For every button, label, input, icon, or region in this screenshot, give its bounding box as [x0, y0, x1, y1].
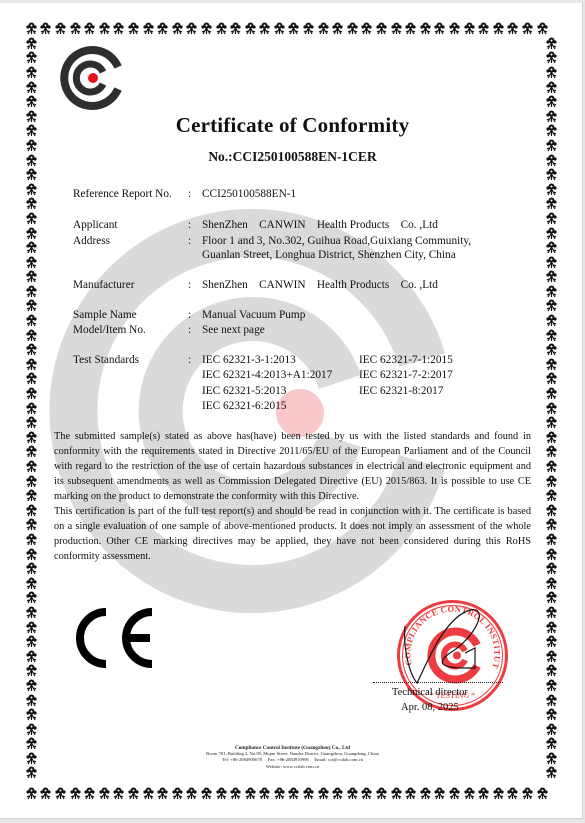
- ornament-icon: [68, 786, 83, 801]
- colon: :: [188, 187, 191, 202]
- ornament-icon: [544, 255, 559, 270]
- ornament-icon: [39, 786, 54, 801]
- ornament-icon: [155, 21, 170, 36]
- ornament-icon: [544, 620, 559, 635]
- ornament-icon: [491, 21, 506, 36]
- ornament-icon: [544, 459, 559, 474]
- ornament-icon: [24, 518, 39, 533]
- colon: :: [188, 353, 191, 368]
- ornamental-border-right: [544, 36, 559, 780]
- ornament-icon: [24, 342, 39, 357]
- conformity-statement: The submitted sample(s) stated as above …: [54, 429, 531, 504]
- reference-report-value: CCI250100588EN-1: [202, 187, 296, 202]
- ornament-icon: [330, 786, 345, 801]
- ornament-icon: [24, 357, 39, 372]
- ornament-icon: [374, 786, 389, 801]
- applicant-value: ShenZhen CANWIN Health Products Co. ,Ltd: [202, 218, 438, 233]
- ornament-icon: [24, 51, 39, 66]
- ornament-icon: [544, 240, 559, 255]
- ornament-icon: [544, 664, 559, 679]
- ornament-icon: [82, 786, 97, 801]
- ornament-icon: [535, 786, 550, 801]
- standard-item: IEC 62321-8:2017: [359, 384, 443, 399]
- ornament-icon: [389, 786, 404, 801]
- ornament-icon: [476, 21, 491, 36]
- ornament-icon: [141, 21, 156, 36]
- footer-website: Website: www.ccilab.com.cn: [0, 764, 585, 770]
- ornament-icon: [506, 786, 521, 801]
- ornament-icon: [24, 459, 39, 474]
- ornament-icon: [24, 430, 39, 445]
- ce-mark-icon: [70, 606, 160, 670]
- ornament-icon: [544, 182, 559, 197]
- ornament-icon: [39, 21, 54, 36]
- ornament-icon: [24, 182, 39, 197]
- ornament-icon: [544, 532, 559, 547]
- ornament-icon: [141, 786, 156, 801]
- ornament-icon: [126, 786, 141, 801]
- ornament-icon: [24, 591, 39, 606]
- ornament-icon: [24, 299, 39, 314]
- ornament-icon: [544, 167, 559, 182]
- ornament-icon: [272, 21, 287, 36]
- model-label: Model/Item No.: [73, 323, 146, 338]
- ornament-icon: [476, 786, 491, 801]
- ornament-icon: [228, 786, 243, 801]
- ornament-icon: [544, 518, 559, 533]
- ornament-icon: [126, 21, 141, 36]
- ornament-icon: [24, 722, 39, 737]
- ornament-icon: [170, 786, 185, 801]
- model-value: See next page: [202, 323, 265, 338]
- ornament-icon: [418, 786, 433, 801]
- ornament-icon: [403, 786, 418, 801]
- ornament-icon: [24, 488, 39, 503]
- ornament-icon: [544, 226, 559, 241]
- ornament-icon: [24, 80, 39, 95]
- ornament-icon: [24, 284, 39, 299]
- ornament-icon: [544, 707, 559, 722]
- ornament-icon: [24, 503, 39, 518]
- ornament-icon: [544, 430, 559, 445]
- ornament-icon: [360, 786, 375, 801]
- ornament-icon: [544, 299, 559, 314]
- standard-item: IEC 62321-4:2013+A1:2017: [202, 368, 332, 383]
- ornament-icon: [24, 255, 39, 270]
- ornament-icon: [447, 21, 462, 36]
- ornament-icon: [544, 722, 559, 737]
- ornament-icon: [544, 270, 559, 285]
- ornament-icon: [24, 664, 39, 679]
- ornament-icon: [403, 21, 418, 36]
- certificate-title: Certificate of Conformity: [0, 113, 585, 138]
- standard-item: IEC 62321-3-1:2013: [202, 353, 296, 368]
- signature-line: [373, 682, 503, 683]
- ornament-icon: [287, 786, 302, 801]
- colon: :: [188, 278, 191, 293]
- reference-report-label: Reference Report No.: [73, 187, 172, 202]
- ornament-icon: [24, 576, 39, 591]
- ornament-icon: [389, 21, 404, 36]
- ornament-icon: [24, 36, 39, 51]
- ornament-icon: [24, 693, 39, 708]
- ornament-icon: [345, 21, 360, 36]
- ornament-icon: [24, 167, 39, 182]
- ornament-icon: [520, 786, 535, 801]
- ornament-icon: [544, 488, 559, 503]
- ornament-icon: [185, 786, 200, 801]
- ornament-icon: [330, 21, 345, 36]
- ornament-icon: [544, 357, 559, 372]
- ornament-icon: [24, 372, 39, 387]
- ornament-icon: [243, 786, 258, 801]
- address-line-2: Guanlan Street, Longhua District, Shenzh…: [202, 248, 456, 263]
- ornament-icon: [24, 649, 39, 664]
- ornament-icon: [544, 197, 559, 212]
- ornament-icon: [418, 21, 433, 36]
- ornament-icon: [462, 21, 477, 36]
- sample-name-label: Sample Name: [73, 308, 137, 323]
- ornament-icon: [24, 547, 39, 562]
- standard-item: IEC 62321-7-2:2017: [359, 368, 453, 383]
- ornament-icon: [68, 21, 83, 36]
- ornament-icon: [24, 270, 39, 285]
- ornament-icon: [301, 21, 316, 36]
- ornament-icon: [24, 561, 39, 576]
- ornament-icon: [24, 401, 39, 416]
- ornament-icon: [272, 786, 287, 801]
- ornament-icon: [544, 503, 559, 518]
- ornament-icon: [97, 21, 112, 36]
- ornament-icon: [82, 21, 97, 36]
- ornament-icon: [243, 21, 258, 36]
- company-logo-icon: [58, 45, 124, 111]
- footer: Compliance Control Institute (Guangzhou)…: [0, 745, 585, 770]
- ornament-icon: [544, 80, 559, 95]
- manufacturer-value: ShenZhen CANWIN Health Products Co. ,Ltd: [202, 278, 438, 293]
- ornament-icon: [24, 707, 39, 722]
- ornamental-border-left: [24, 36, 39, 780]
- ornament-icon: [544, 36, 559, 51]
- certificate-number: No.:CCI250100588EN-1CER: [0, 149, 585, 165]
- ornament-icon: [287, 21, 302, 36]
- ornament-icon: [24, 197, 39, 212]
- ornament-icon: [544, 634, 559, 649]
- ornament-icon: [491, 786, 506, 801]
- standard-item: IEC 62321-5:2013: [202, 384, 286, 399]
- ornament-icon: [24, 328, 39, 343]
- standard-item: IEC 62321-7-1:2015: [359, 353, 453, 368]
- ornament-icon: [544, 591, 559, 606]
- ornament-icon: [462, 786, 477, 801]
- applicant-label: Applicant: [73, 218, 118, 233]
- ornament-icon: [185, 21, 200, 36]
- ornament-icon: [544, 693, 559, 708]
- ornament-icon: [316, 21, 331, 36]
- ornament-icon: [199, 21, 214, 36]
- ornament-icon: [24, 620, 39, 635]
- ornament-icon: [544, 547, 559, 562]
- ornamental-border-bottom: [24, 786, 549, 801]
- ornament-icon: [544, 211, 559, 226]
- address-label: Address: [73, 234, 110, 249]
- ornament-icon: [535, 21, 550, 36]
- ornamental-border-top: [24, 21, 549, 36]
- colon: :: [188, 323, 191, 338]
- colon: :: [188, 308, 191, 323]
- ornament-icon: [544, 342, 559, 357]
- ornament-icon: [544, 561, 559, 576]
- ornament-icon: [544, 576, 559, 591]
- test-standards-label: Test Standards: [73, 353, 139, 368]
- ornament-icon: [24, 386, 39, 401]
- ornament-icon: [345, 786, 360, 801]
- ornament-icon: [24, 605, 39, 620]
- ornament-icon: [360, 21, 375, 36]
- ornament-icon: [544, 386, 559, 401]
- ornament-icon: [97, 786, 112, 801]
- ornament-icon: [214, 786, 229, 801]
- ornament-icon: [24, 211, 39, 226]
- colon: :: [188, 234, 191, 249]
- ornament-icon: [433, 21, 448, 36]
- ornament-icon: [24, 634, 39, 649]
- ornament-icon: [433, 786, 448, 801]
- ornament-icon: [24, 474, 39, 489]
- ornament-icon: [24, 226, 39, 241]
- ornament-icon: [228, 21, 243, 36]
- ornament-icon: [301, 786, 316, 801]
- ornament-icon: [544, 284, 559, 299]
- colon: :: [188, 218, 191, 233]
- ornament-icon: [544, 415, 559, 430]
- ornament-icon: [214, 21, 229, 36]
- ornament-icon: [544, 94, 559, 109]
- sample-name-value: Manual Vacuum Pump: [202, 308, 305, 323]
- ornament-icon: [258, 21, 273, 36]
- signature-date: Apr. 08, 2025: [401, 702, 459, 713]
- standard-item: IEC 62321-6:2015: [202, 399, 286, 414]
- ornament-icon: [544, 328, 559, 343]
- ornament-icon: [170, 21, 185, 36]
- ornament-icon: [53, 21, 68, 36]
- ornament-icon: [520, 21, 535, 36]
- ornament-icon: [316, 786, 331, 801]
- ornament-icon: [544, 445, 559, 460]
- ornament-icon: [112, 21, 127, 36]
- ornament-icon: [544, 605, 559, 620]
- signatory-title: Technical director: [392, 687, 468, 698]
- address-line-1: Floor 1 and 3, No.302, Guihua Road,Guixi…: [202, 234, 471, 249]
- ornament-icon: [24, 94, 39, 109]
- certification-disclaimer: This certification is part of the full t…: [54, 504, 531, 564]
- ornament-icon: [544, 401, 559, 416]
- ornament-icon: [24, 445, 39, 460]
- ornament-icon: [24, 240, 39, 255]
- ornament-icon: [199, 786, 214, 801]
- ornament-icon: [24, 65, 39, 80]
- ornament-icon: [24, 678, 39, 693]
- ornament-icon: [24, 21, 39, 36]
- ornament-icon: [24, 313, 39, 328]
- ornament-icon: [544, 65, 559, 80]
- ornament-icon: [544, 678, 559, 693]
- ornament-icon: [24, 415, 39, 430]
- ornament-icon: [24, 532, 39, 547]
- ornament-icon: [112, 786, 127, 801]
- ornament-icon: [374, 21, 389, 36]
- ornament-icon: [53, 786, 68, 801]
- ornament-icon: [24, 786, 39, 801]
- ornament-icon: [544, 51, 559, 66]
- manufacturer-label: Manufacturer: [73, 278, 134, 293]
- ornament-icon: [544, 372, 559, 387]
- ornament-icon: [155, 786, 170, 801]
- ornament-icon: [447, 786, 462, 801]
- ornament-icon: [258, 786, 273, 801]
- ornament-icon: [506, 21, 521, 36]
- ornament-icon: [544, 649, 559, 664]
- ornament-icon: [544, 474, 559, 489]
- ornament-icon: [544, 313, 559, 328]
